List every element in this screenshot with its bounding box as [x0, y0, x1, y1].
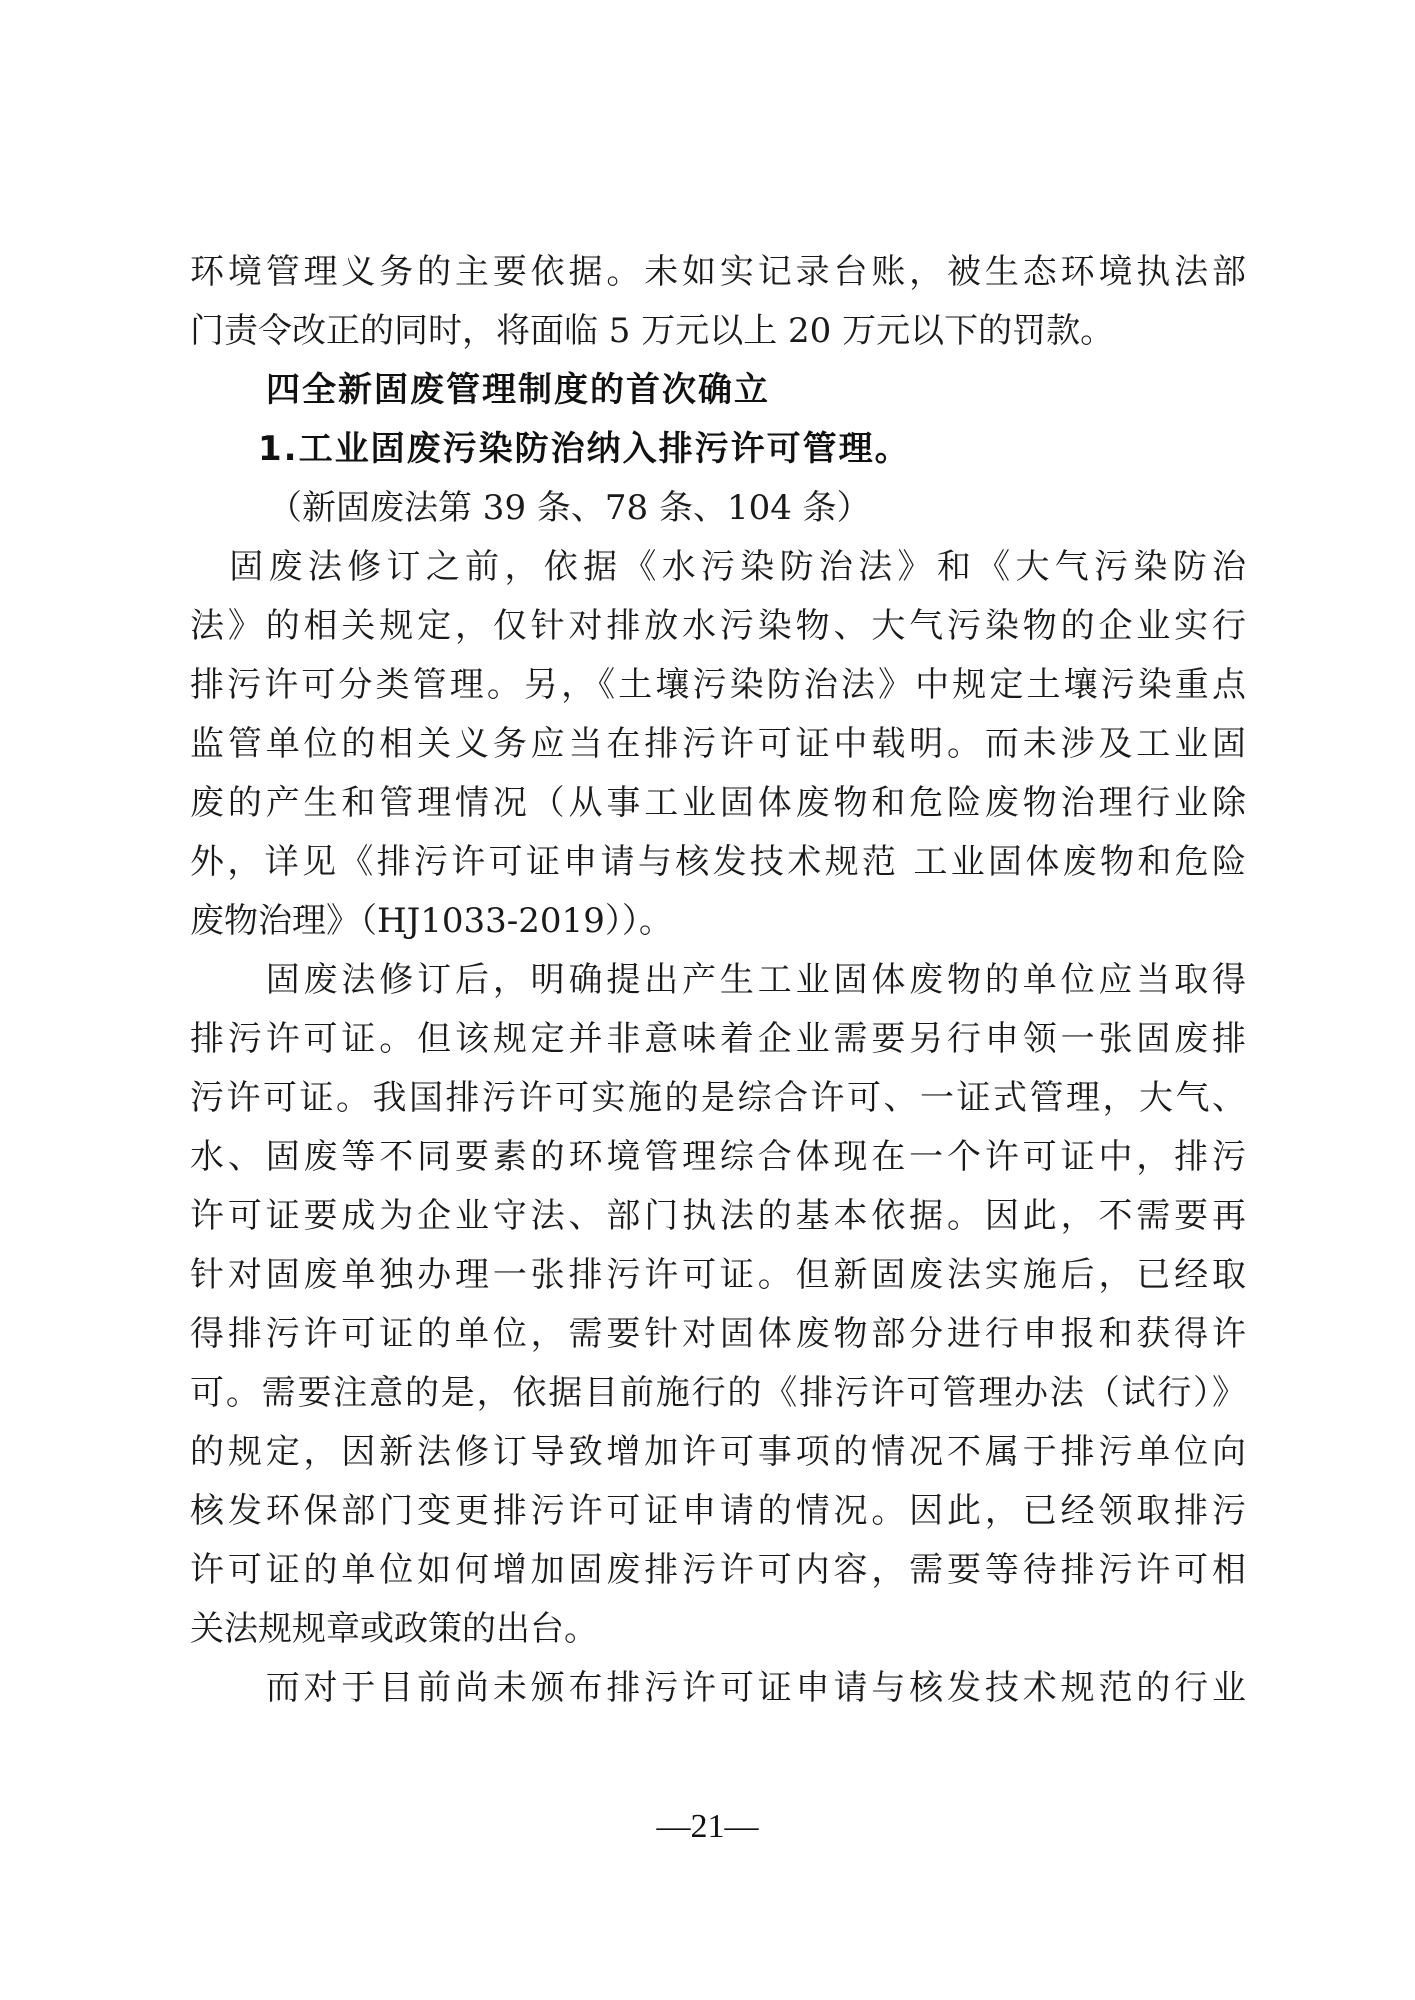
body-text-line: 得排污许可证的单位，需要针对固体废物部分进行申报和获得许 [190, 1314, 1246, 1354]
body-text-line: 外，详见《排污许可证申请与核发技术规范 工业固体废物和危险 [190, 842, 1246, 882]
body-text-line: 固废法修订之前，依据《水污染防治法》和《大气污染防治 [190, 547, 1246, 587]
body-text-line: 废物治理》（HJ1033-2019））。 [190, 901, 1246, 941]
reference-note: （新固废法第 39 条、78 条、104 条） [268, 488, 871, 528]
body-text-line: 关法规规章或政策的出台。 [190, 1609, 1246, 1649]
body-text-line: 核发环保部门变更排污许可证申请的情况。因此，已经领取排污 [190, 1491, 1246, 1531]
page-number: —21— [0, 1808, 1415, 1846]
subsection-heading: 1.工业固废污染防治纳入排污许可管理。 [258, 429, 911, 469]
body-text-line: 废的产生和管理情况（从事工业固体废物和危险废物治理行业除 [190, 783, 1246, 823]
body-text-line: 许可证要成为企业守法、部门执法的基本依据。因此，不需要再 [190, 1196, 1246, 1236]
body-text-line: 监管单位的相关义务应当在排污许可证中载明。而未涉及工业固 [190, 724, 1246, 764]
body-text-line: 许可证的单位如何增加固废排污许可内容，需要等待排污许可相 [190, 1550, 1246, 1590]
body-text-line: 环境管理义务的主要依据。未如实记录台账，被生态环境执法部 [190, 252, 1246, 292]
body-text-line: 排污许可分类管理。另，《土壤污染防治法》中规定土壤污染重点 [190, 665, 1246, 705]
body-text-line: 针对固废单独办理一张排污许可证。但新固废法实施后，已经取 [190, 1255, 1246, 1295]
section-heading: 四全新固废管理制度的首次确立 [266, 370, 770, 410]
body-text-line: 固废法修订后，明确提出产生工业固体废物的单位应当取得 [190, 960, 1246, 1000]
body-text-line: 可。需要注意的是，依据目前施行的《排污许可管理办法（试行）》 [190, 1373, 1246, 1413]
body-text-line: 而对于目前尚未颁布排污许可证申请与核发技术规范的行业 [190, 1668, 1246, 1708]
body-text-line: 污许可证。我国排污许可实施的是综合许可、一证式管理，大气、 [190, 1078, 1246, 1118]
body-text-line: 法》的相关规定，仅针对排放水污染物、大气污染物的企业实行 [190, 606, 1246, 646]
body-text-line: 水、固废等不同要素的环境管理综合体现在一个许可证中，排污 [190, 1137, 1246, 1177]
body-text-line: 门责令改正的同时，将面临 5 万元以上 20 万元以下的罚款。 [190, 311, 1246, 351]
document-page: 环境管理义务的主要依据。未如实记录台账，被生态环境执法部 门责令改正的同时，将面… [0, 0, 1415, 2000]
body-text-line: 排污许可证。但该规定并非意味着企业需要另行申领一张固废排 [190, 1019, 1246, 1059]
body-text-line: 的规定，因新法修订导致增加许可事项的情况不属于排污单位向 [190, 1432, 1246, 1472]
